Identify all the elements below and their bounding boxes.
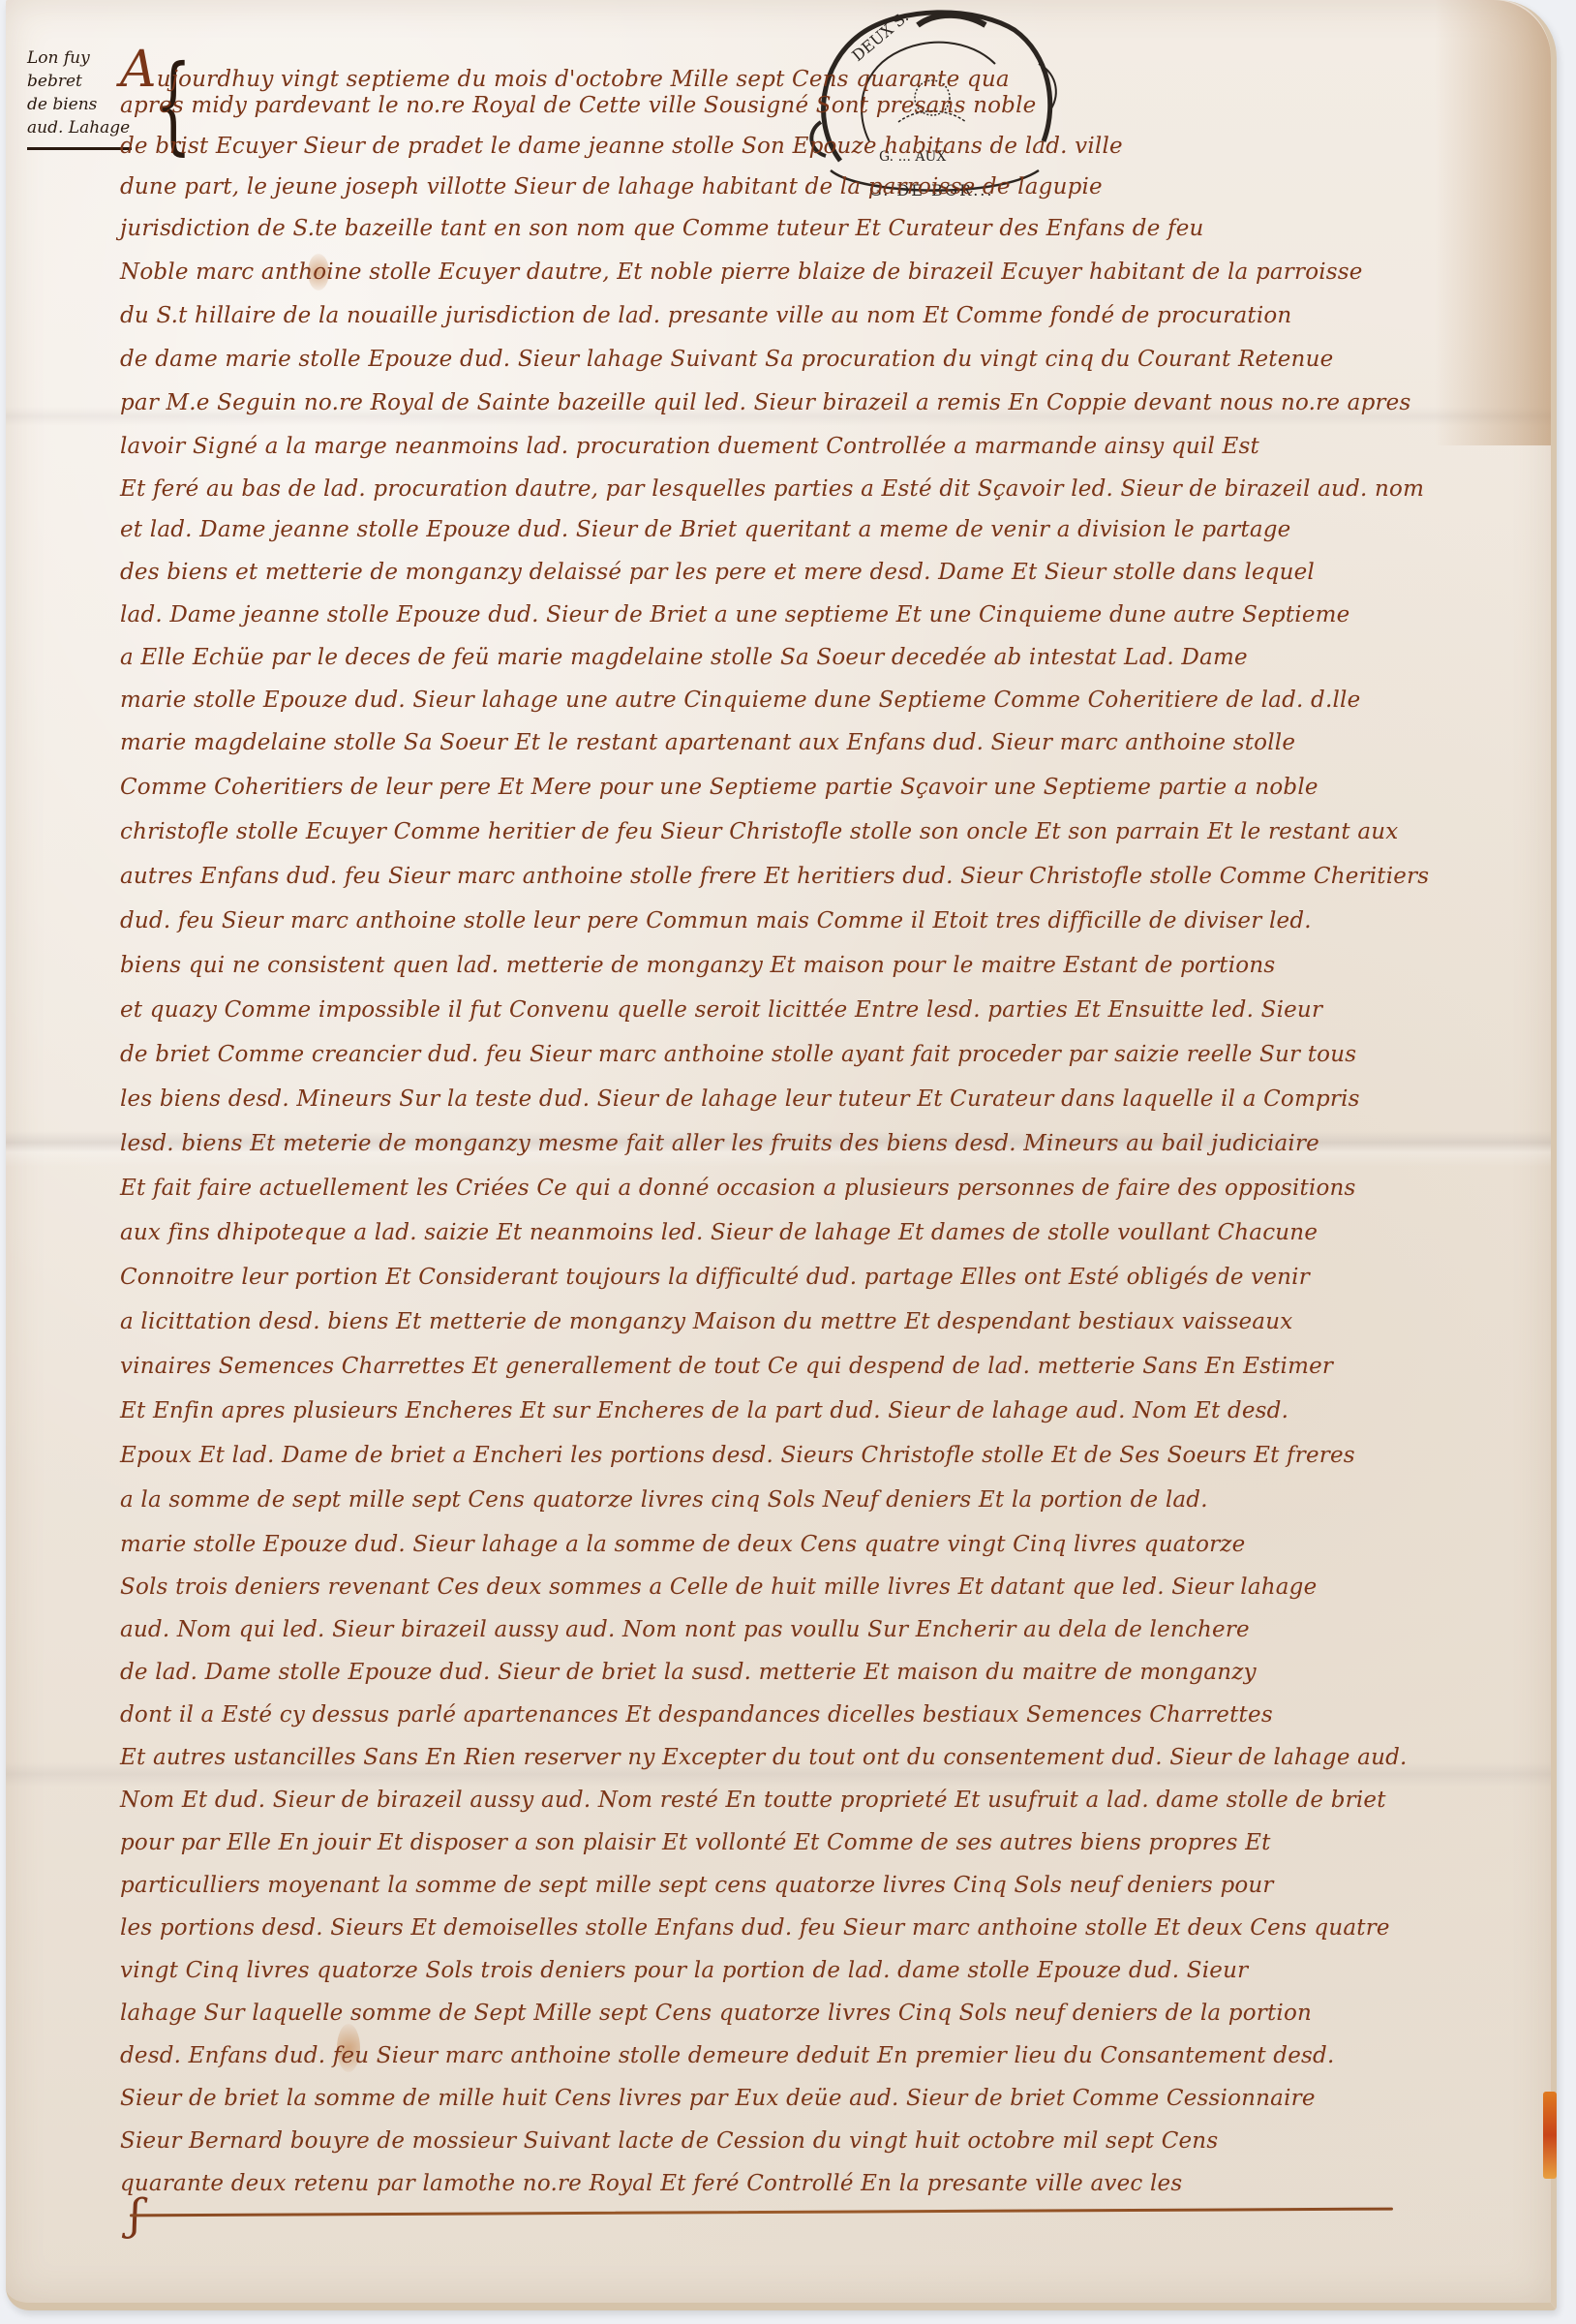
- text-line: lesd. biens Et meterie de monganzy mesme…: [120, 1131, 1319, 1156]
- text-line: christofle stolle Ecuyer Comme heritier …: [120, 819, 1398, 844]
- text-line: et quazy Comme impossible il fut Convenu…: [120, 997, 1322, 1023]
- text-line: a licittation desd. biens Et metterie de…: [120, 1309, 1292, 1334]
- closing-rule: [130, 2208, 1393, 2217]
- text-line: de lad. Dame stolle Epouze dud. Sieur de…: [120, 1660, 1257, 1685]
- text-line: dud. feu Sieur marc anthoine stolle leur…: [120, 908, 1312, 933]
- manuscript-page: Lon fuy bebret de biens aud. Lahage { DE…: [6, 0, 1557, 2310]
- text-line: Et fait faire actuellement les Criées Ce…: [120, 1176, 1356, 1201]
- text-line: marie magdelaine stolle Sa Soeur Et le r…: [120, 730, 1295, 755]
- text-line: apres midy pardevant le no.re Royal de C…: [120, 93, 1036, 118]
- text-line: Noble marc anthoine stolle Ecuyer dautre…: [120, 260, 1363, 285]
- text-line: jurisdiction de S.te bazeille tant en so…: [120, 216, 1204, 241]
- text-line: Et autres ustancilles Sans En Rien reser…: [120, 1745, 1408, 1770]
- text-line: les portions desd. Sieurs Et demoiselles…: [120, 1915, 1390, 1941]
- text-line: biens qui ne consistent quen lad. metter…: [120, 953, 1275, 978]
- text-line: Connoitre leur portion Et Considerant to…: [120, 1265, 1310, 1290]
- text-line: des biens et metterie de monganzy delais…: [120, 560, 1315, 585]
- text-line: aud. Nom qui led. Sieur birazeil aussy a…: [120, 1617, 1250, 1642]
- text-line: de brist Ecuyer Sieur de pradet le dame …: [120, 134, 1123, 159]
- text-line: Epoux Et lad. Dame de briet a Encheri le…: [120, 1443, 1355, 1468]
- red-wax-stain: [1543, 2092, 1557, 2179]
- text-line: lavoir Signé a la marge neanmoins lad. p…: [120, 434, 1259, 459]
- text-line: autres Enfans dud. feu Sieur marc anthoi…: [120, 864, 1429, 889]
- text-line: aux fins dhipoteque a lad. saizie Et nea…: [120, 1220, 1318, 1245]
- text-line: marie stolle Epouze dud. Sieur lahage a …: [120, 1532, 1245, 1557]
- text-line: Et feré au bas de lad. procuration dautr…: [120, 476, 1424, 502]
- margin-note-underline: [27, 147, 132, 150]
- text-line: a Elle Echüe par le deces de feü marie m…: [120, 645, 1248, 670]
- text-line: quarante deux retenu par lamothe no.re R…: [120, 2171, 1182, 2196]
- text-line: dune part, le jeune joseph villotte Sieu…: [120, 174, 1103, 199]
- text-line: de dame marie stolle Epouze dud. Sieur l…: [120, 347, 1333, 372]
- text-line: lahage Sur laquelle somme de Sept Mille …: [120, 2001, 1312, 2026]
- text-line: vingt Cinq livres quatorze Sols trois de…: [120, 1958, 1248, 1983]
- text-line: a la somme de sept mille sept Cens quato…: [120, 1487, 1208, 1513]
- text-line: les biens desd. Mineurs Sur la teste dud…: [120, 1086, 1360, 1112]
- text-line: Aujourdhuy vingt septieme du mois d'octo…: [120, 41, 1010, 99]
- text-line: vinaires Semences Charrettes Et generall…: [120, 1354, 1333, 1379]
- text-line: Et Enfin apres plusieurs Encheres Et sur…: [120, 1398, 1288, 1423]
- text-line: et lad. Dame jeanne stolle Epouze dud. S…: [120, 517, 1291, 542]
- text-line: dont il a Esté cy dessus parlé apartenan…: [120, 1702, 1273, 1728]
- text-line: Sieur Bernard bouyre de mossieur Suivant…: [120, 2128, 1218, 2154]
- text-line: Nom Et dud. Sieur de birazeil aussy aud.…: [120, 1788, 1386, 1813]
- text-line: desd. Enfans dud. feu Sieur marc anthoin…: [120, 2043, 1334, 2068]
- text-line: Sieur de briet la somme de mille huit Ce…: [120, 2086, 1316, 2111]
- text-line: particulliers moyenant la somme de sept …: [120, 1873, 1274, 1898]
- text-line: Comme Coheritiers de leur pere Et Mere p…: [120, 775, 1318, 800]
- corner-stain: [1435, 0, 1551, 445]
- text-line: marie stolle Epouze dud. Sieur lahage un…: [120, 688, 1360, 713]
- text-line: Sols trois deniers revenant Ces deux som…: [120, 1575, 1317, 1600]
- text-line: lad. Dame jeanne stolle Epouze dud. Sieu…: [120, 602, 1349, 627]
- text-line: par M.e Seguin no.re Royal de Sainte baz…: [120, 390, 1411, 415]
- text-line: de briet Comme creancier dud. feu Sieur …: [120, 1042, 1356, 1067]
- text-line: pour par Elle En jouir Et disposer a son…: [120, 1830, 1271, 1855]
- text-line: du S.t hillaire de la nouaille jurisdict…: [120, 303, 1291, 328]
